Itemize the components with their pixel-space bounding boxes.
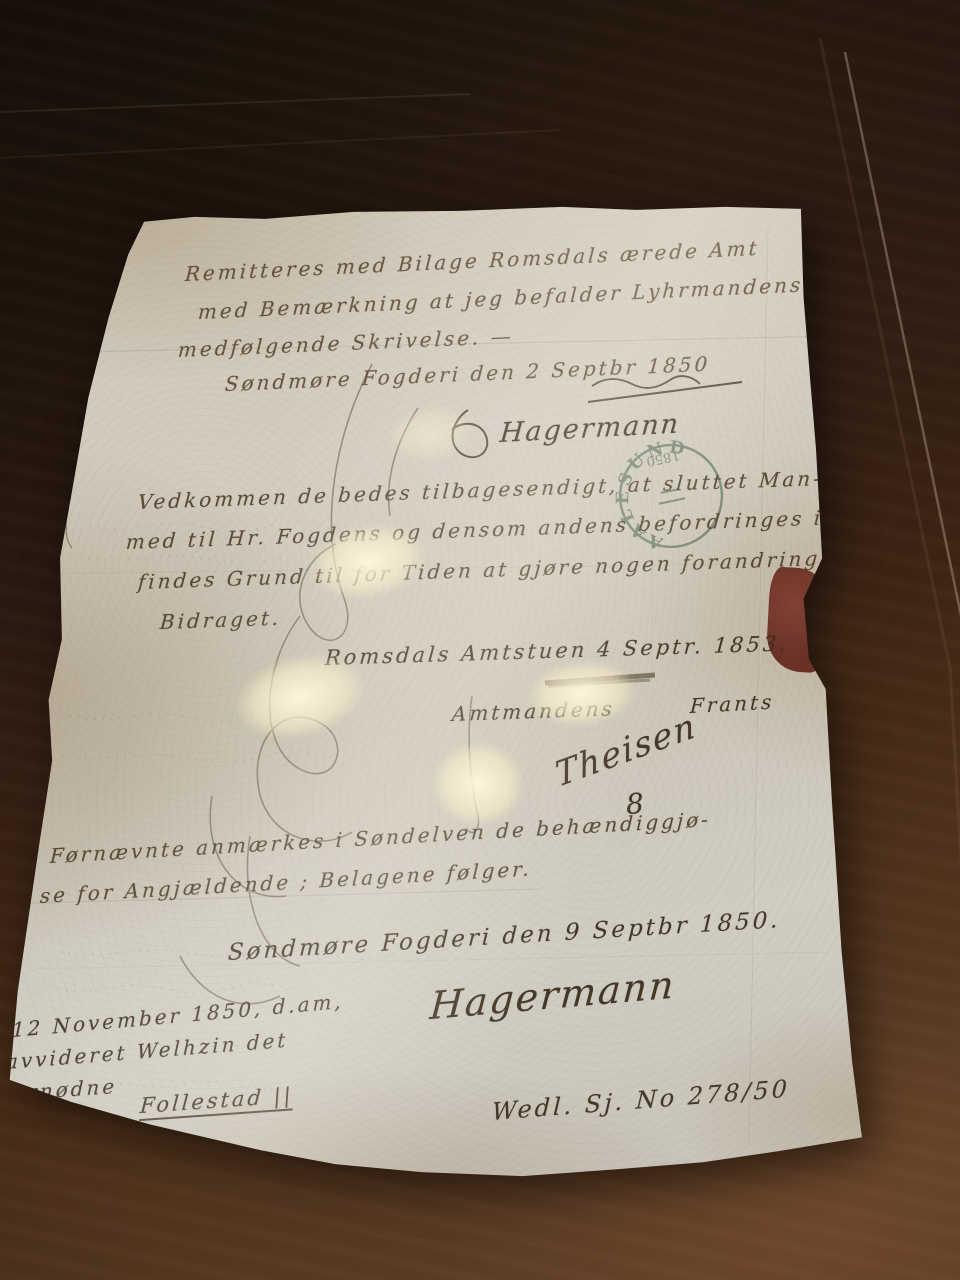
paper-document: AALESUND 1850 Remitteres med Bilage Roms… xyxy=(0,196,884,1188)
document-sleeve: AALESUND 1850 Remitteres med Bilage Roms… xyxy=(0,196,884,1188)
photo-scene: AALESUND 1850 Remitteres med Bilage Roms… xyxy=(0,0,960,1280)
wax-seal-fragment xyxy=(818,652,832,672)
sleeve-sheen xyxy=(0,196,884,1188)
wax-seal-fragment xyxy=(814,616,830,642)
